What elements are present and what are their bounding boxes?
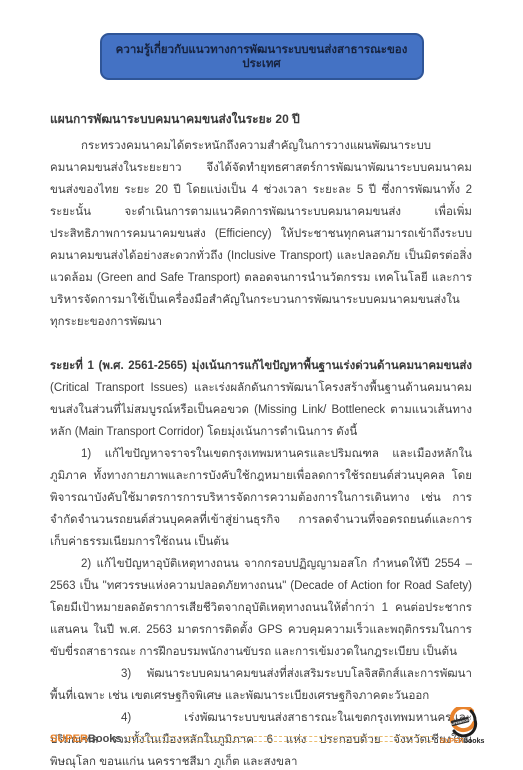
- list-item: 3) พัฒนาระบบคมนาคมขนส่งที่ส่งเสริมระบบโล…: [50, 663, 472, 707]
- logo-wordmark: SUPERbooks: [440, 738, 485, 746]
- title-banner: ความรู้เกี่ยวกับแนวทางการพัฒนาระบบขนส่งส…: [100, 33, 424, 80]
- page-footer: SUPERBooks SUPERBOOKS SUPERbooks: [50, 707, 485, 746]
- intro-paragraph: กระทรวงคมนาคมได้ตระหนักถึงความสำคัญในการ…: [50, 135, 472, 333]
- logo-wordmark-super: SUPER: [440, 738, 464, 745]
- document-page: ความรู้เกี่ยวกับแนวทางการพัฒนาระบบขนส่งส…: [0, 0, 523, 770]
- list-item: 1) แก้ไขปัญหาจราจรในเขตกรุงเทพมหานครและป…: [50, 443, 472, 553]
- list-item: 2) แก้ไขปัญหาอุบัติเหตุทางถนน จากกรอบปฏิ…: [50, 553, 472, 663]
- banner-title: ความรู้เกี่ยวกับแนวทางการพัฒนาระบบขนส่งส…: [112, 43, 412, 71]
- phase1-heading: ระยะที่ 1 (พ.ศ. 2561-2565) มุ่งเน้นการแก…: [50, 360, 472, 372]
- footer-brand-super: SUPER: [50, 733, 88, 745]
- section-heading: แผนการพัฒนาระบบคมนาคมขนส่งในระยะ 20 ปี: [50, 108, 472, 130]
- phase1-text: (Critical Transport Issues) และเร่งผลักด…: [50, 382, 472, 438]
- superbooks-logo-icon: SUPERBOOKS: [445, 707, 479, 737]
- phase1-paragraph: ระยะที่ 1 (พ.ศ. 2561-2565) มุ่งเน้นการแก…: [50, 355, 472, 443]
- superbooks-logo: SUPERBOOKS SUPERbooks: [439, 707, 485, 746]
- footer-brand-books: Books: [88, 733, 122, 745]
- footer-brand: SUPERBooks: [50, 733, 122, 746]
- document-body: แผนการพัฒนาระบบคมนาคมขนส่งในระยะ 20 ปี ก…: [0, 80, 523, 770]
- dashed-divider: [128, 736, 433, 742]
- logo-wordmark-books: books: [464, 738, 485, 745]
